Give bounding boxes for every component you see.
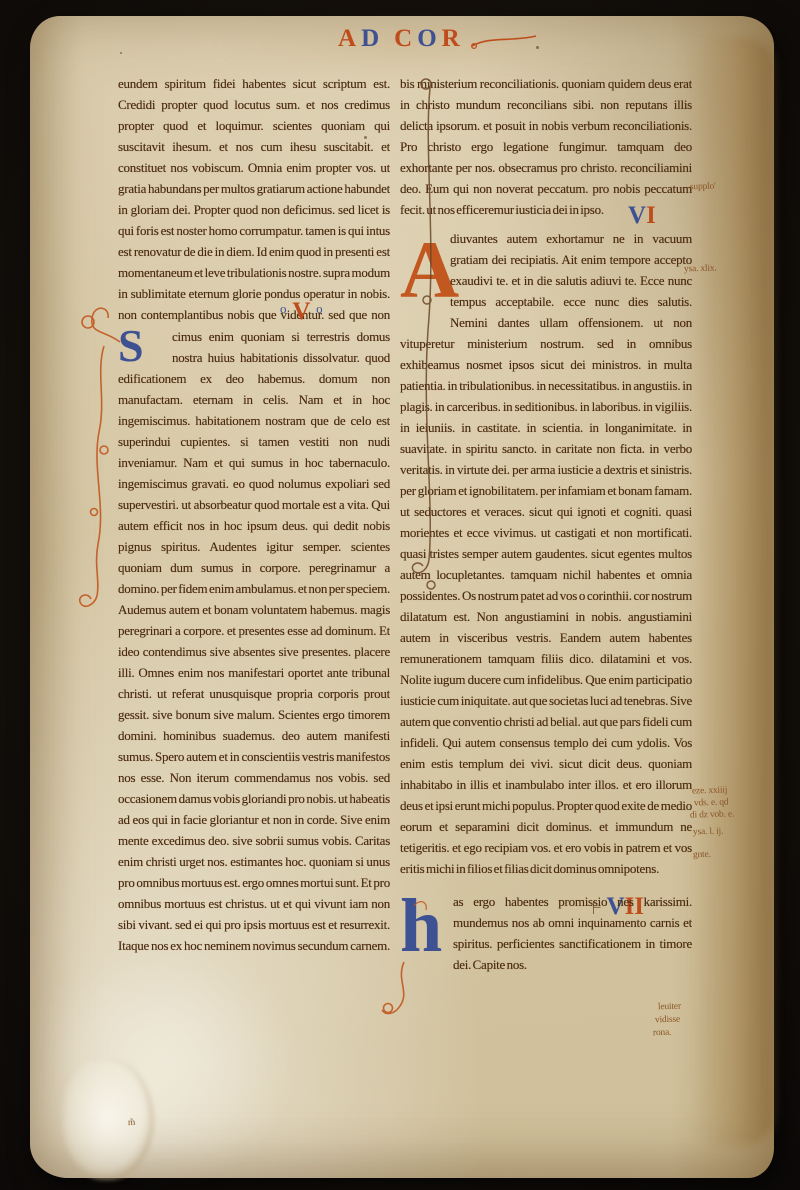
right-column-paragraph-3: h as ergo habentes promissio nes karissi… — [400, 891, 692, 975]
margin-note: gnte. — [693, 850, 711, 861]
body-text: as ergo habentes promissio nes karissimi… — [453, 894, 692, 972]
illuminated-initial-a: A — [400, 228, 444, 316]
header-letter: O — [417, 25, 441, 53]
margin-note: supplo' — [690, 182, 716, 194]
manuscript-photo: ADCOR eundem spiritum fidei habentes sic… — [0, 0, 800, 1190]
illuminated-initial-h: h — [400, 891, 448, 963]
margin-note: di dz vob. e. — [690, 809, 734, 821]
numeral-flourish: o — [316, 301, 323, 316]
header-letter: R — [442, 25, 465, 53]
header-letter: C — [394, 25, 417, 53]
ink-speck — [120, 52, 122, 54]
right-column-paragraph-2: A diuvantes autem exhortamur ne in vacuu… — [400, 228, 692, 888]
illuminated-initial-s: S — [118, 326, 168, 368]
margin-note: vidisse — [655, 1015, 680, 1027]
margin-note: eze. xxiiij — [692, 786, 728, 798]
header-letter: A — [338, 25, 361, 53]
margin-note: vds. e. qd — [694, 798, 729, 810]
margin-note: ysa. xlix. — [684, 264, 717, 276]
left-column-paragraph-1: eundem spiritum fidei habentes sicut scr… — [118, 73, 390, 325]
numeral-flourish: o — [280, 301, 287, 316]
ink-speck — [536, 46, 539, 49]
body-text: cimus enim quoniam si terrestris domus n… — [118, 329, 390, 962]
body-text: eundem spiritum fidei habentes sicut scr… — [118, 76, 390, 325]
chapter-numeral-v: o V o — [280, 296, 323, 325]
margin-note: leuiter — [658, 1002, 681, 1014]
margin-note: rona. — [653, 1028, 672, 1039]
left-column-paragraph-2: S cimus enim quoniam si terrestris domus… — [118, 326, 390, 962]
margin-note: ysa. l. ij. — [693, 827, 724, 839]
chapter-numeral-vi: VI — [628, 203, 656, 229]
body-text: bis ministerium reconciliationis. quonia… — [400, 76, 692, 217]
body-text: diuvantes autem exhortamur ne in vacuum … — [400, 231, 692, 876]
header-letter: D — [361, 25, 384, 53]
margin-note: m̃ — [128, 1118, 135, 1129]
running-header: ADCOR — [338, 22, 518, 56]
